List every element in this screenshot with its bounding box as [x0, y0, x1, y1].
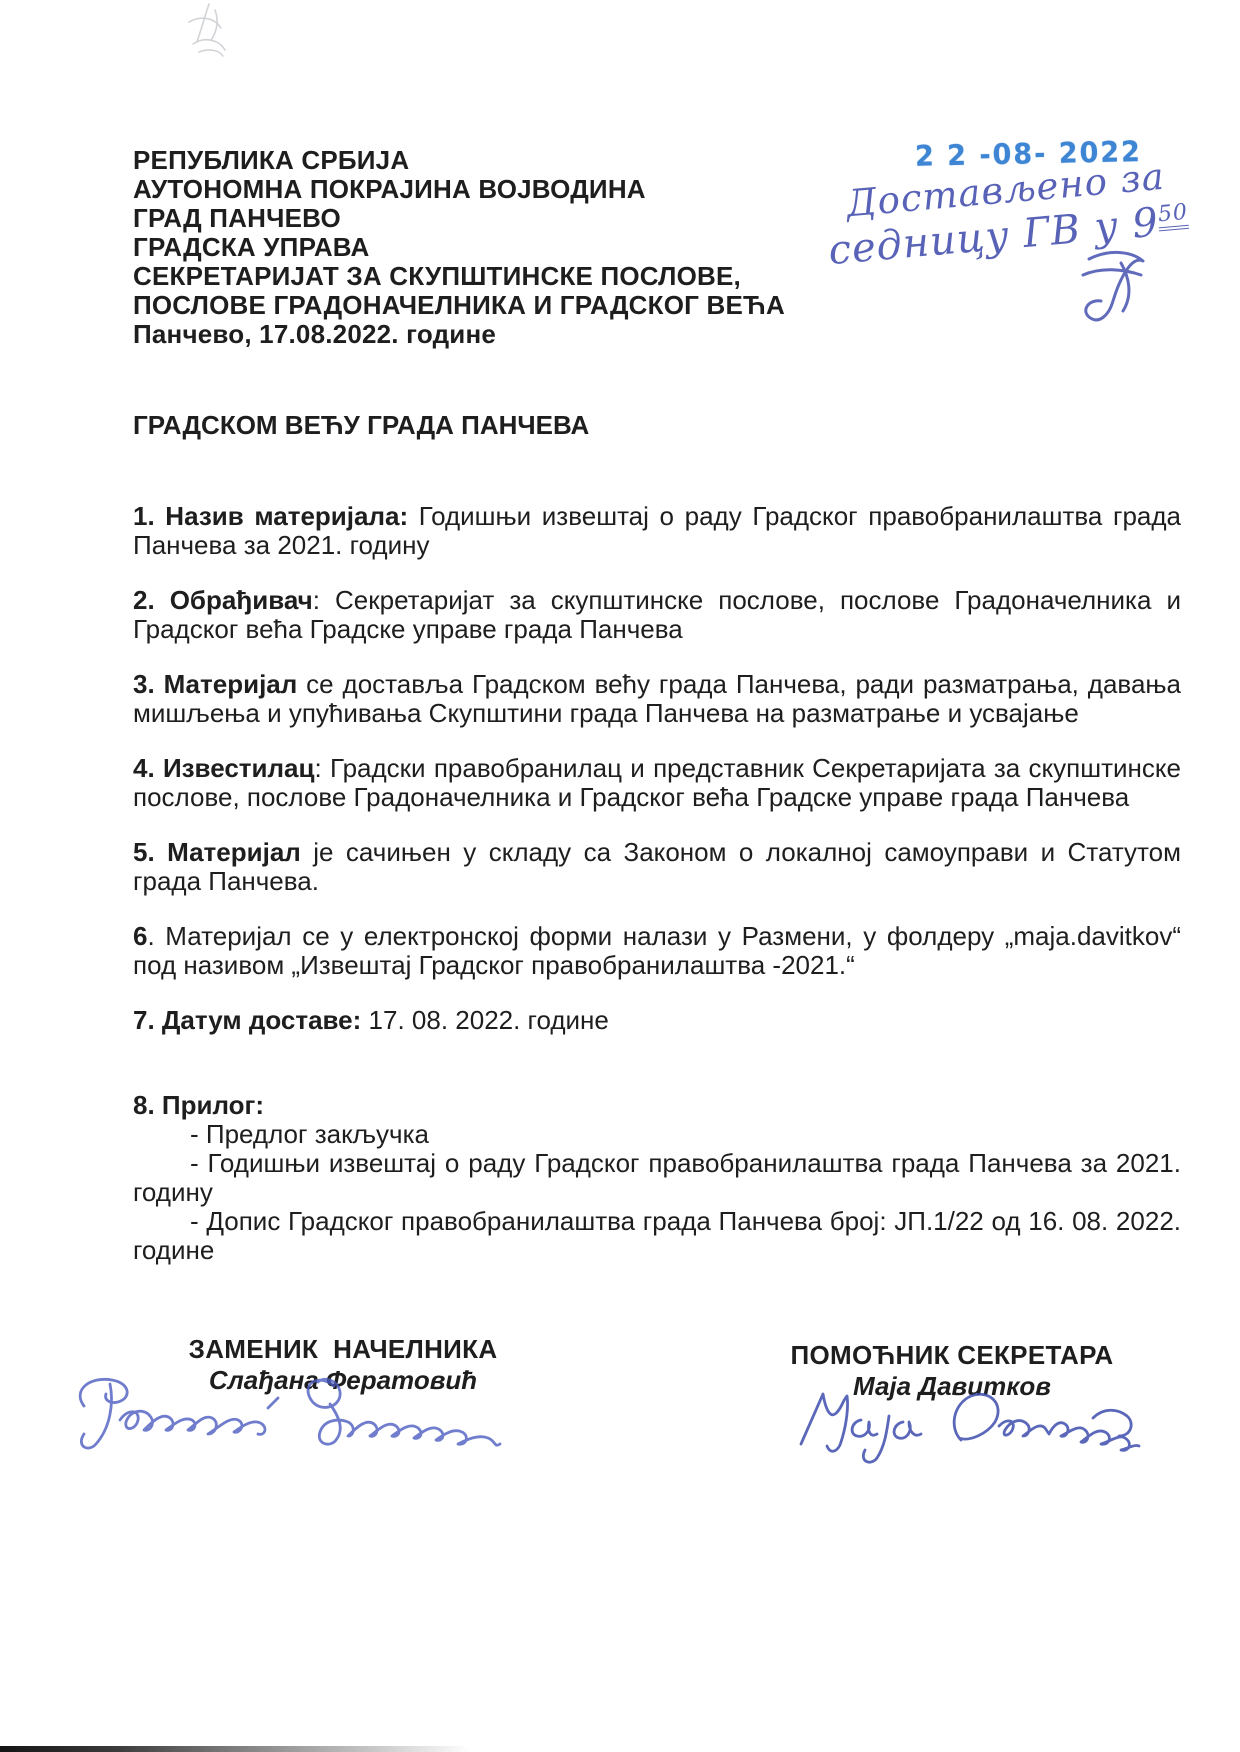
paragraph-4-label: 4. Известилац	[133, 753, 314, 783]
paragraph-3-label: 3. Материјал	[133, 669, 297, 699]
paragraph-7-text: 17. 08. 2022. године	[361, 1005, 609, 1035]
paragraph-6-text: . Материјал се у електронској форми нала…	[133, 921, 1181, 980]
header-line-2: АУТОНОМНА ПОКРАЈИНА ВОЈВОДИНА	[133, 175, 1181, 204]
paragraph-1: 1. Назив материјала: Годишњи извештај о …	[133, 502, 1181, 560]
paragraph-5-label: 5. Материјал	[133, 837, 301, 867]
signature-left-title: ЗАМЕНИК НАЧЕЛНИКА	[163, 1334, 523, 1365]
signature-right-title: ПОМОЋНИК СЕКРЕТАРА	[772, 1340, 1132, 1371]
header-line-5: СЕКРЕТАРИЈАТ ЗА СКУПШТИНСКЕ ПОСЛОВЕ,	[133, 262, 1181, 291]
signature-ink-left	[68, 1372, 513, 1464]
attachments-section: 8. Прилог: - Предлог закључка - Годишњи …	[133, 1091, 1181, 1265]
scan-edge-shadow	[0, 1746, 470, 1752]
header-line-3: ГРАД ПАНЧЕВО	[133, 204, 1181, 233]
paragraph-1-label: 1. Назив материјала:	[133, 501, 408, 531]
addressee-heading: ГРАДСКОМ ВЕЋУ ГРАДА ПАНЧЕВА	[133, 411, 1181, 440]
paragraph-4: 4. Известилац: Градски правобранилац и п…	[133, 754, 1181, 812]
attachment-item-3: - Допис Градског правобранилаштва града …	[133, 1207, 1181, 1265]
paragraph-6: 6. Материјал се у електронској форми нал…	[133, 922, 1181, 980]
scan-artifact-mark	[175, 0, 255, 62]
header-line-6: ПОСЛОВЕ ГРАДОНАЧЕЛНИКА И ГРАДСКОГ ВЕЋА	[133, 291, 1181, 320]
attachments-heading: 8. Прилог:	[133, 1091, 1181, 1120]
paragraph-5: 5. Материјал је сачињен у складу са Зако…	[133, 838, 1181, 896]
header-place-date: Панчево, 17.08.2022. године	[133, 320, 1181, 349]
paragraph-3: 3. Материјал се доставља Градском већу г…	[133, 670, 1181, 728]
attachment-item-2: - Годишњи извештај о раду Градског право…	[133, 1149, 1181, 1207]
signature-ink-right	[793, 1384, 1143, 1464]
document-body: РЕПУБЛИКА СРБИЈА АУТОНОМНА ПОКРАЈИНА ВОЈ…	[133, 146, 1181, 1265]
paragraph-2-label: 2. Обрађивач	[133, 585, 313, 615]
paragraph-7-label: 7. Датум доставе:	[133, 1005, 361, 1035]
paragraph-7: 7. Датум доставе: 17. 08. 2022. године	[133, 1006, 1181, 1035]
header-line-4: ГРАДСКА УПРАВА	[133, 233, 1181, 262]
scanned-document-page: 2 2 -08- 2022 Достављено за седницу ГВ у…	[0, 0, 1240, 1752]
paragraph-6-label: 6	[133, 921, 147, 951]
attachment-item-1: - Предлог закључка	[133, 1120, 1181, 1149]
paragraph-2: 2. Обрађивач: Секретаријат за скупштинск…	[133, 586, 1181, 644]
header-line-1: РЕПУБЛИКА СРБИЈА	[133, 146, 1181, 175]
